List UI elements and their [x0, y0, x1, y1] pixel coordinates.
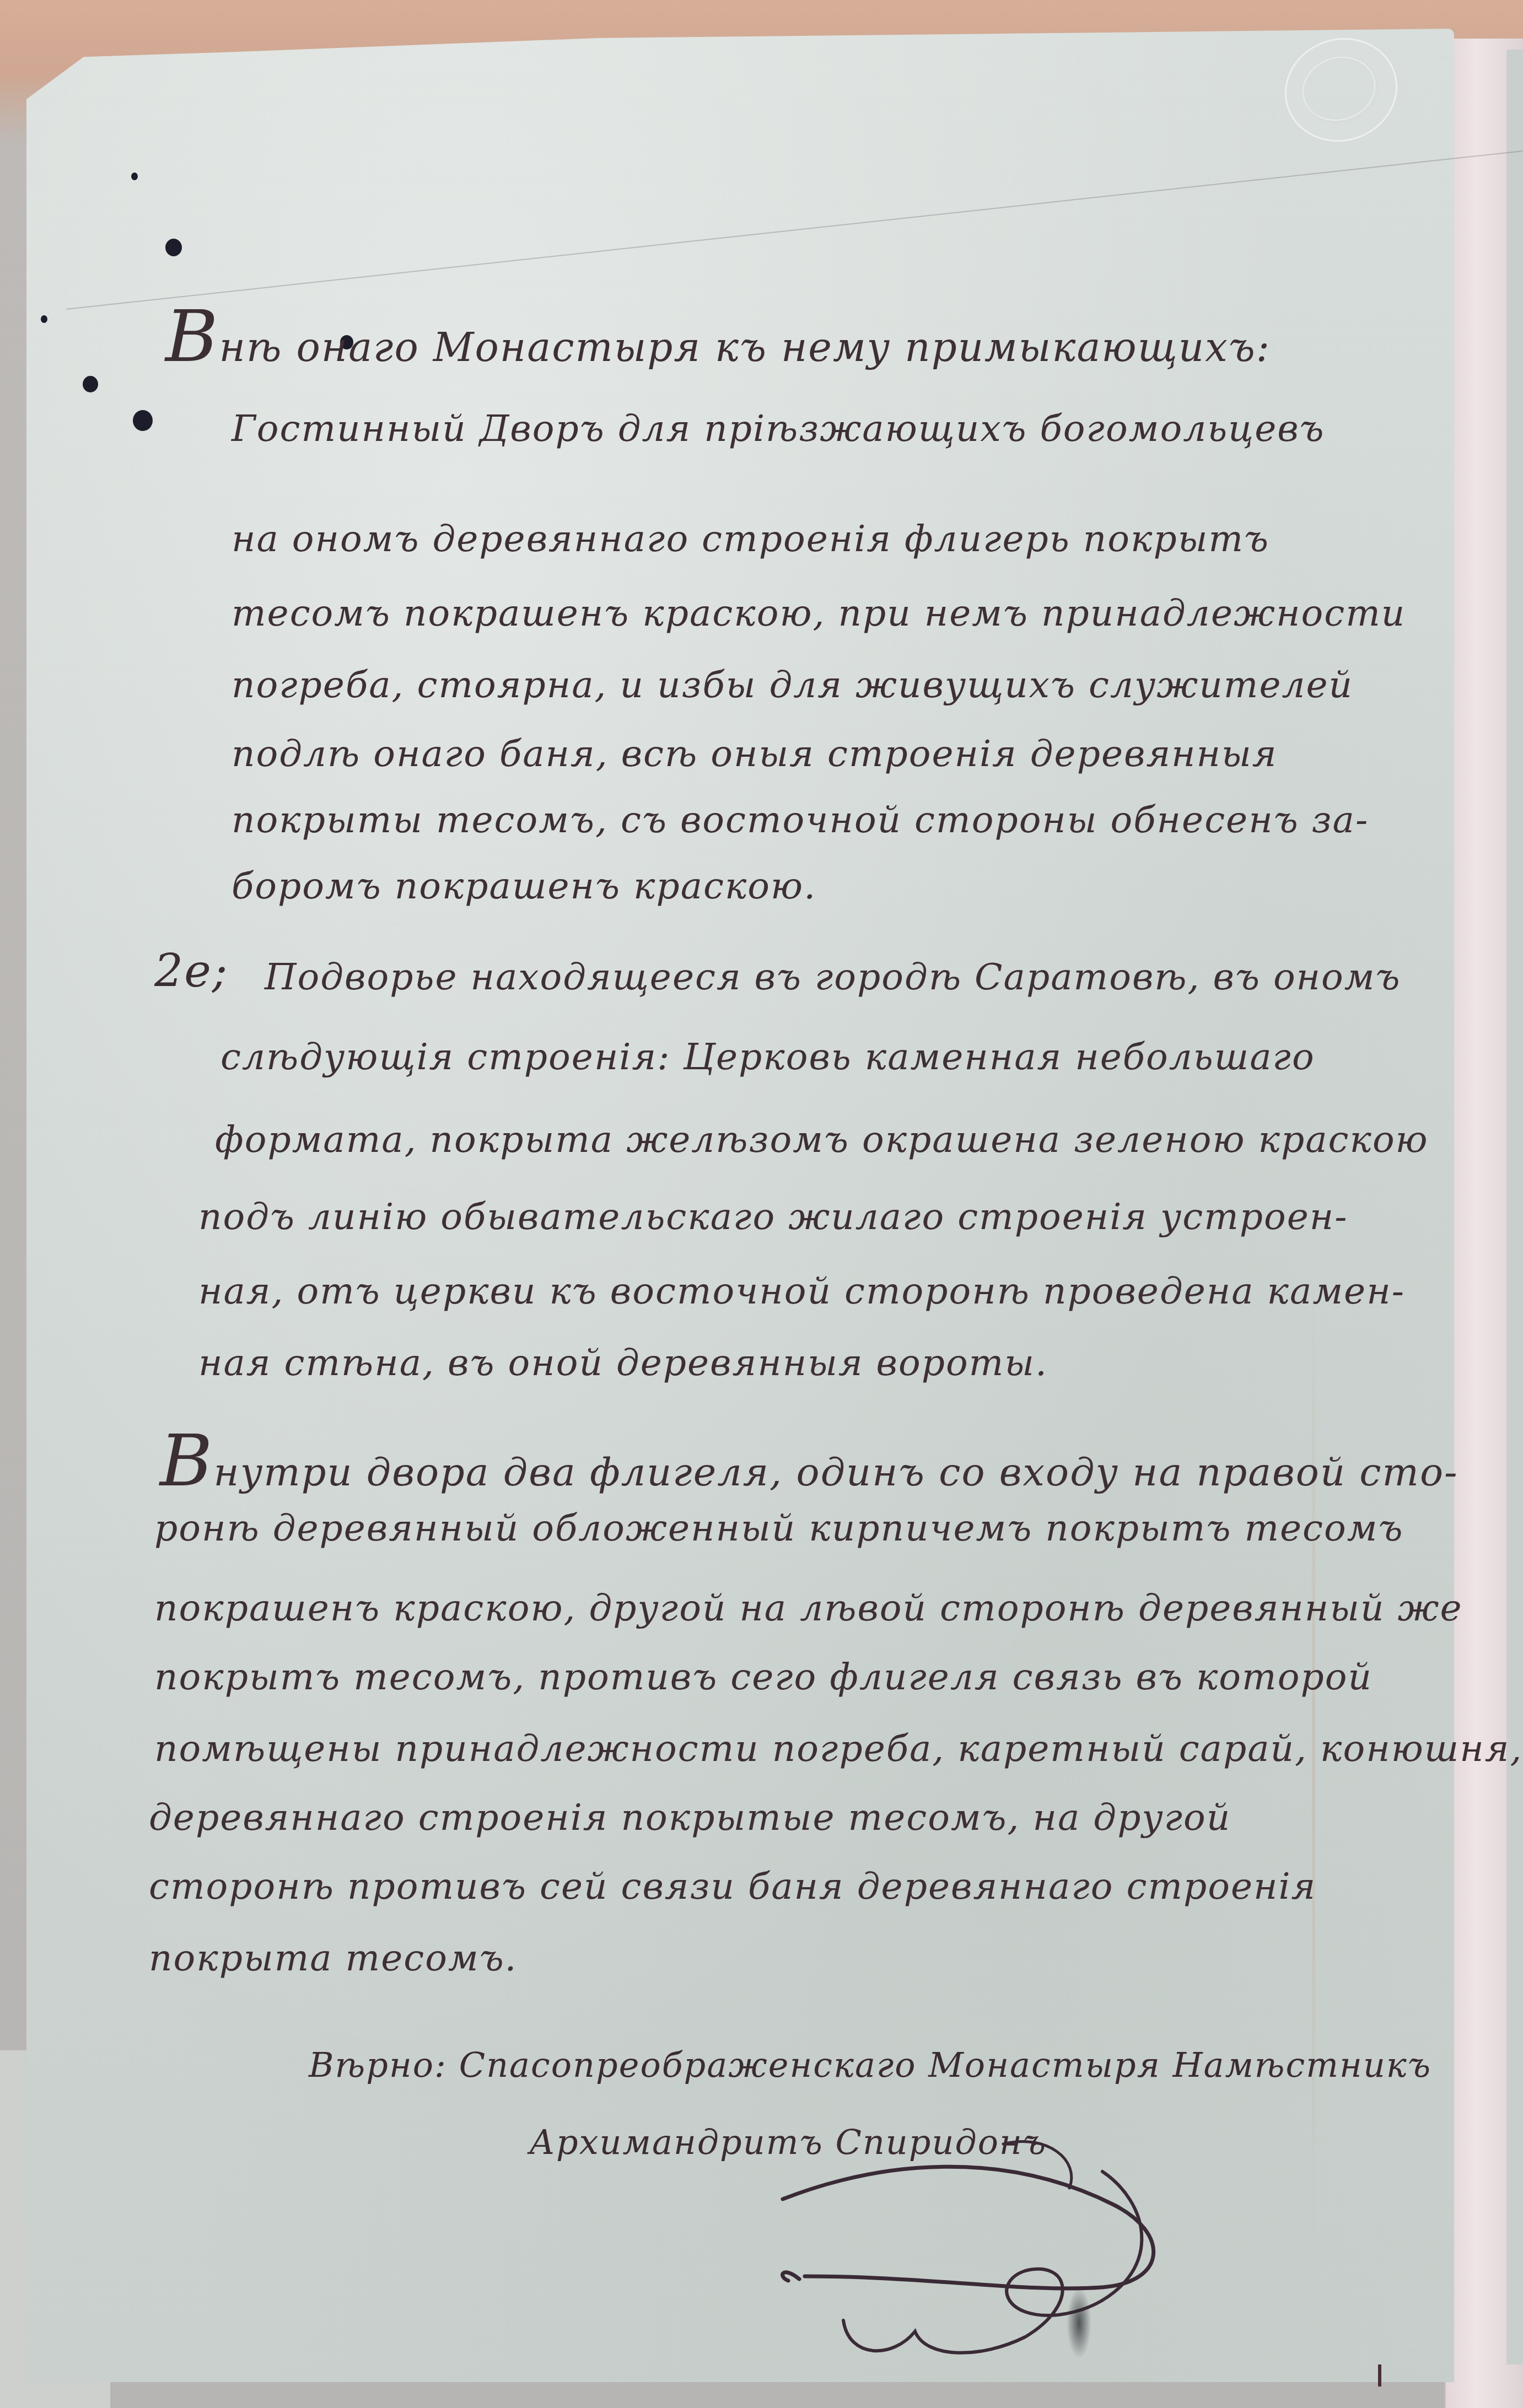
decorative-initial: В — [160, 1419, 214, 1502]
text-line: Внутри двора два флигеля, одинъ со входу… — [160, 1425, 1459, 1496]
text-line: формата, покрыта желѣзомъ окрашена зелен… — [215, 1122, 1429, 1158]
manuscript-text: ВВнѣ онаго Монастыря къ нему примыкающих… — [0, 0, 1523, 2408]
attestation-line: Вѣрно: Спасопреображенскаго Монастыря На… — [309, 2045, 1431, 2085]
ink-smudge — [1067, 2287, 1091, 2359]
margin-tick-mark — [1378, 2364, 1381, 2387]
text-line: покрыты тесомъ, съ восточной стороны обн… — [232, 802, 1369, 838]
text-line: покрытъ тесомъ, противъ сего флигеля свя… — [154, 1659, 1373, 1695]
text-line: ная стѣна, въ оной деревянныя вороты. — [198, 1345, 1048, 1381]
text-line: на ономъ деревяннаго строенія флигерь по… — [232, 521, 1269, 557]
text-line: ронѣ деревянный обложенный кирпичемъ пок… — [154, 1510, 1403, 1547]
text-line: ВВнѣ онаго Монастыря къ нему примыкающих… — [165, 300, 1271, 372]
text-line: Подворье находящееся въ городѣ Саратовѣ,… — [265, 959, 1401, 995]
text-line: подлѣ онаго баня, всѣ оныя строенія дере… — [232, 736, 1278, 772]
signature-flourish-icon — [717, 2138, 1323, 2370]
text-line: деревяннаго строенія покрытые тесомъ, на… — [149, 1800, 1231, 1836]
text-line: подъ линію обывательскаго жилаго строені… — [198, 1199, 1348, 1235]
line-text-rest: нѣ онаго Монастыря къ нему примыкающихъ: — [219, 324, 1271, 370]
text-line: покрашенъ краскою, другой на лѣвой сторо… — [154, 1590, 1463, 1626]
text-line: слѣдующія строенія: Церковь каменная неб… — [220, 1039, 1315, 1075]
text-line: Гостинный Дворъ для пріѣзжающихъ богомол… — [232, 411, 1325, 447]
text-line: помѣщены принадлежности погреба, каретны… — [154, 1731, 1522, 1767]
text-line: боромъ покрашенъ краскою. — [232, 868, 816, 904]
decorative-initial: В — [165, 294, 219, 378]
text-line: ная, отъ церкви къ восточной сторонѣ про… — [198, 1273, 1405, 1310]
line-text-rest: нутри двора два флигеля, одинъ со входу … — [214, 1450, 1459, 1495]
text-line: погреба, стоярна, и избы для живущихъ сл… — [232, 667, 1353, 703]
text-line: сторонѣ противъ сей связи баня деревянна… — [149, 1868, 1316, 1905]
section-marker: 2е; — [154, 945, 228, 998]
text-line: покрыта тесомъ. — [149, 1940, 518, 1976]
text-line: тесомъ покрашенъ краскою, при немъ прина… — [232, 595, 1406, 632]
